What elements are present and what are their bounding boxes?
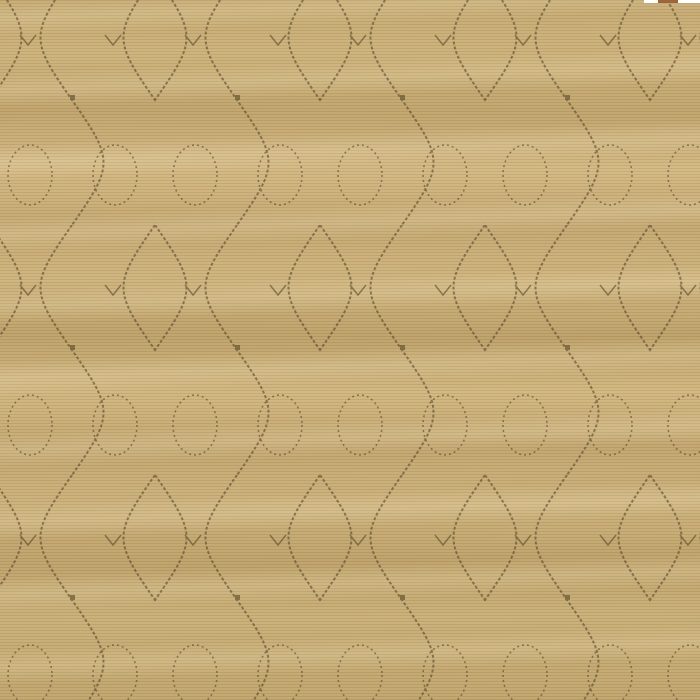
edge-tab bbox=[658, 0, 678, 3]
rug-texture bbox=[0, 0, 700, 700]
lattice-pattern bbox=[0, 0, 700, 700]
